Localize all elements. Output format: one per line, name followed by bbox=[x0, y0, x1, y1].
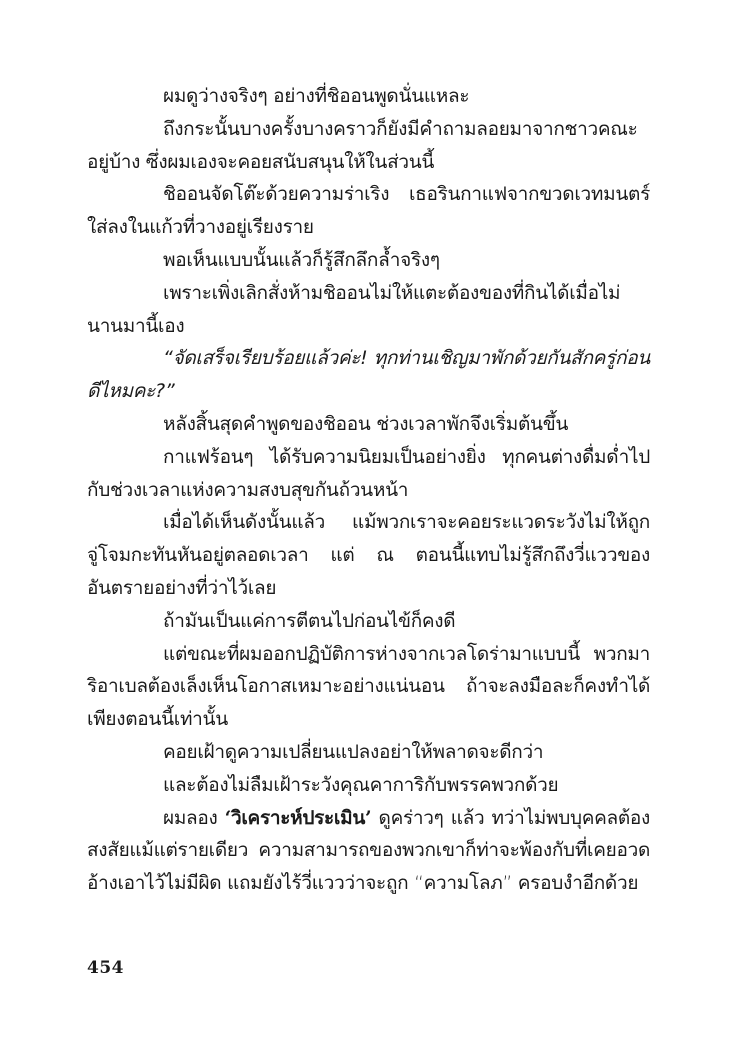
skill-name-emphasis: ‘วิเคราะห์ประเมิน’ bbox=[225, 807, 372, 829]
page-number: 454 bbox=[87, 958, 124, 978]
paragraph-7: หลังสิ้นสุดคำพูดของชิออน ช่วงเวลาพักจึงเ… bbox=[87, 408, 650, 441]
paragraph-13: และต้องไม่ลืมเฝ้าระวังคุณคาการิกับพรรคพว… bbox=[87, 769, 650, 802]
book-page-body: ผมดูว่างจริงๆ อย่างที่ชิออนพูดนั่นแหละ ถ… bbox=[87, 80, 650, 900]
paragraph-14: ผมลอง ‘วิเคราะห์ประเมิน’ ดูคร่าวๆ แล้ว ท… bbox=[87, 802, 650, 900]
paragraph-12: คอยเฝ้าดูความเปลี่ยนแปลงอย่าให้พลาดจะดีก… bbox=[87, 736, 650, 769]
paragraph-8: กาแฟร้อนๆ ได้รับความนิยมเป็นอย่างยิ่ง ทุ… bbox=[87, 441, 650, 507]
paragraph-3: ชิออนจัดโต๊ะด้วยความร่าเริง เธอรินกาแฟจา… bbox=[87, 178, 650, 244]
dialogue-paragraph: “จัดเสร็จเรียบร้อยแล้วค่ะ! ทุกท่านเชิญมา… bbox=[87, 342, 650, 408]
paragraph-14-before: ผมลอง bbox=[163, 807, 225, 829]
paragraph-9: เมื่อได้เห็นดังนั้นแล้ว แม้พวกเราจะคอยระ… bbox=[87, 506, 650, 604]
paragraph-5: เพราะเพิ่งเลิกสั่งห้ามชิออนไม่ให้แตะต้อง… bbox=[87, 277, 650, 343]
paragraph-4: พอเห็นแบบนั้นแล้วก็รู้สึกลึกล้ำจริงๆ bbox=[87, 244, 650, 277]
paragraph-1: ผมดูว่างจริงๆ อย่างที่ชิออนพูดนั่นแหละ bbox=[87, 80, 650, 113]
paragraph-11: แต่ขณะที่ผมออกปฏิบัติการห่างจากเวลโดร่าม… bbox=[87, 638, 650, 736]
paragraph-10: ถ้ามันเป็นแค่การตีตนไปก่อนไข้ก็คงดี bbox=[87, 605, 650, 638]
paragraph-2: ถึงกระนั้นบางครั้งบางคราวก็ยังมีคำถามลอย… bbox=[87, 113, 650, 179]
